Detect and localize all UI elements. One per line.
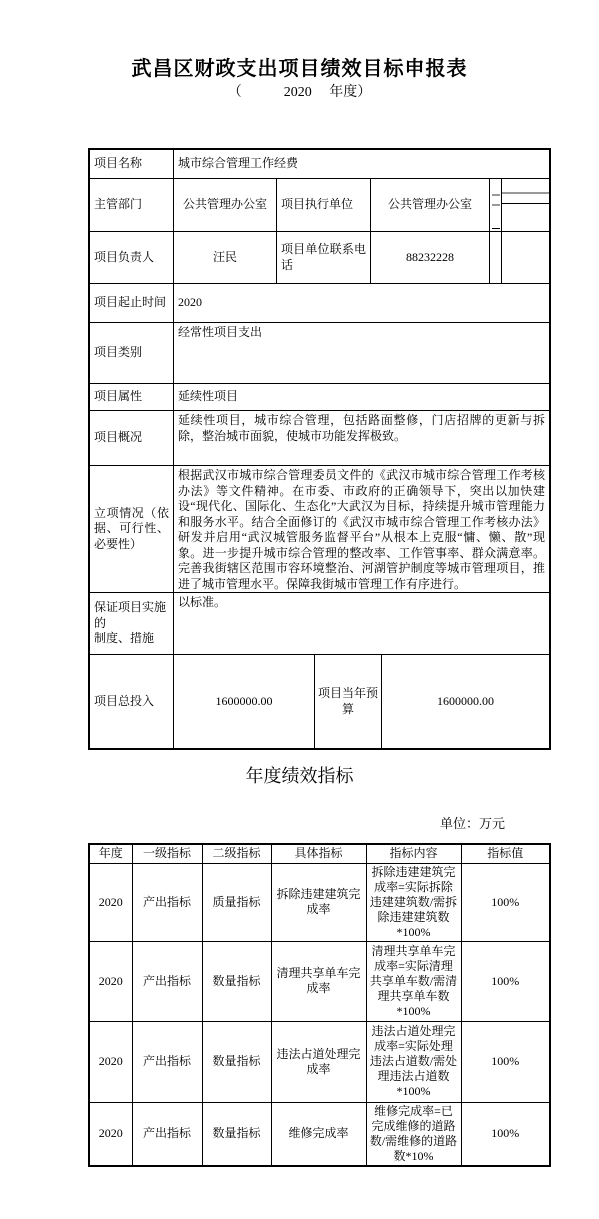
indicator-year: 2020	[89, 941, 132, 1021]
indicator-row: 2020 产出指标 数量指标 清理共享单车完成率 清理共享单车完成率=实际清理共…	[89, 941, 550, 1021]
row-guarantee: 保证项目实施的 制度、措施 以标准。	[90, 593, 549, 655]
row-dept: 主管部门 公共管理办公室 项目执行单位 公共管理办公室	[90, 179, 549, 232]
document-year-subtitle: （ 2020 年度）	[0, 81, 599, 101]
indicator-content: 清理共享单车完成率=实际清理共享单车数/需清理共享单车数*100%	[366, 941, 461, 1021]
indicator-name: 违法占道处理完成率	[271, 1021, 366, 1102]
header-indicator: 具体指标	[271, 844, 366, 863]
total-investment-label: 项目总投入	[90, 655, 174, 748]
exec-unit-label: 项目执行单位	[277, 179, 371, 231]
indicator-row: 2020 产出指标 质量指标 拆除违建建筑完成率 拆除违建建筑完成率=实际拆除违…	[89, 863, 550, 941]
justification-label: 立项情况（依据、可行性、必要性）	[90, 466, 174, 592]
indicator-level2: 数量指标	[202, 941, 271, 1021]
indicator-level1: 产出指标	[132, 863, 202, 941]
spare-narrow-cell	[490, 232, 502, 283]
header-content: 指标内容	[366, 844, 461, 863]
indicator-name: 拆除违建建筑完成率	[271, 863, 366, 941]
row-leader: 项目负责人 汪民 项目单位联系电话 88232228	[90, 232, 549, 284]
annual-budget-label: 项目当年预算	[315, 655, 382, 748]
overview-label: 项目概况	[90, 411, 174, 465]
document-page: 武昌区财政支出项目绩效目标申报表 （ 2020 年度） 项目名称 城市综合管理工…	[0, 0, 599, 1219]
project-name-value: 城市综合管理工作经费	[174, 150, 549, 178]
indicator-level2: 数量指标	[202, 1102, 271, 1166]
indicator-row: 2020 产出指标 数量指标 违法占道处理完成率 违法占道处理完成率=实际处理违…	[89, 1021, 550, 1102]
document-title: 武昌区财政支出项目绩效目标申报表	[0, 52, 599, 81]
indicator-value: 100%	[461, 1021, 550, 1102]
row-project-name: 项目名称 城市综合管理工作经费	[90, 150, 549, 179]
indicator-year: 2020	[89, 1021, 132, 1102]
indicator-year: 2020	[89, 863, 132, 941]
indicator-value: 100%	[461, 1102, 550, 1166]
cell-divider-line	[492, 228, 500, 229]
header-level2: 二级指标	[202, 844, 271, 863]
total-investment-value: 1600000.00	[174, 655, 315, 748]
guarantee-label: 保证项目实施的 制度、措施	[90, 593, 174, 654]
row-investment: 项目总投入 1600000.00 项目当年预算 1600000.00	[90, 655, 549, 748]
indicator-year: 2020	[89, 1102, 132, 1166]
indicator-level1: 产出指标	[132, 941, 202, 1021]
dept-label: 主管部门	[90, 179, 174, 231]
row-justification: 立项情况（依据、可行性、必要性） 根据武汉市城市综合管理委员文件的《武汉市城市综…	[90, 466, 549, 593]
cell-divider-line	[502, 192, 549, 194]
dept-value: 公共管理办公室	[174, 179, 277, 231]
cell-divider-line	[492, 194, 500, 196]
leader-value: 汪民	[174, 232, 277, 283]
phone-value: 88232228	[371, 232, 490, 283]
header-level1: 一级指标	[132, 844, 202, 863]
exec-unit-value: 公共管理办公室	[371, 179, 490, 231]
annual-budget-value: 1600000.00	[382, 655, 549, 748]
indicator-level2: 质量指标	[202, 863, 271, 941]
row-overview: 项目概况 延续性项目，城市综合管理，包括路面整修，门店招牌的更新与拆除，整治城市…	[90, 411, 549, 466]
guarantee-value: 以标准。	[174, 593, 549, 654]
indicator-name: 维修完成率	[271, 1102, 366, 1166]
spare-right-cell	[502, 232, 549, 283]
phone-label: 项目单位联系电话	[277, 232, 371, 283]
cell-divider-line	[502, 203, 549, 204]
spare-narrow-cell	[490, 179, 502, 231]
category-label: 项目类别	[90, 323, 174, 383]
indicator-level2: 数量指标	[202, 1021, 271, 1102]
indicator-value: 100%	[461, 941, 550, 1021]
section-title-annual-indicators: 年度绩效指标	[0, 762, 599, 788]
header-year: 年度	[89, 844, 132, 863]
indicator-content: 维修完成率=已完成维修的道路数/需维修的道路数*10%	[366, 1102, 461, 1166]
indicator-content: 拆除违建建筑完成率=实际拆除违建建筑数/需拆除违建建筑数*100%	[366, 863, 461, 941]
period-label: 项目起止时间	[90, 284, 174, 322]
attribute-value: 延续性项目	[174, 384, 549, 410]
row-category: 项目类别 经常性项目支出	[90, 323, 549, 384]
indicator-name: 清理共享单车完成率	[271, 941, 366, 1021]
indicator-level1: 产出指标	[132, 1021, 202, 1102]
indicator-value: 100%	[461, 863, 550, 941]
cell-divider-line	[492, 204, 500, 206]
overview-value: 延续性项目，城市综合管理，包括路面整修，门店招牌的更新与拆除，整治城市面貌，使城…	[174, 411, 549, 465]
attribute-label: 项目属性	[90, 384, 174, 410]
period-value: 2020	[174, 284, 549, 322]
leader-label: 项目负责人	[90, 232, 174, 283]
indicator-content: 违法占道处理完成率=实际处理违法占道数/需处理违法占道数*100%	[366, 1021, 461, 1102]
justification-value: 根据武汉市城市综合管理委员文件的《武汉市城市综合管理工作考核办法》等文件精神。在…	[174, 466, 549, 592]
unit-note: 单位：万元	[88, 813, 505, 832]
category-value: 经常性项目支出	[174, 323, 549, 383]
spare-right-cell	[502, 179, 549, 231]
header-value: 指标值	[461, 844, 550, 863]
indicator-row: 2020 产出指标 数量指标 维修完成率 维修完成率=已完成维修的道路数/需维修…	[89, 1102, 550, 1166]
indicators-table: 年度 一级指标 二级指标 具体指标 指标内容 指标值 2020 产出指标 质量指…	[88, 843, 551, 1167]
row-attribute: 项目属性 延续性项目	[90, 384, 549, 411]
indicator-level1: 产出指标	[132, 1102, 202, 1166]
project-name-label: 项目名称	[90, 150, 174, 178]
project-info-table: 项目名称 城市综合管理工作经费 主管部门 公共管理办公室 项目执行单位 公共管理…	[88, 148, 551, 750]
indicators-header-row: 年度 一级指标 二级指标 具体指标 指标内容 指标值	[89, 844, 550, 863]
row-period: 项目起止时间 2020	[90, 284, 549, 323]
